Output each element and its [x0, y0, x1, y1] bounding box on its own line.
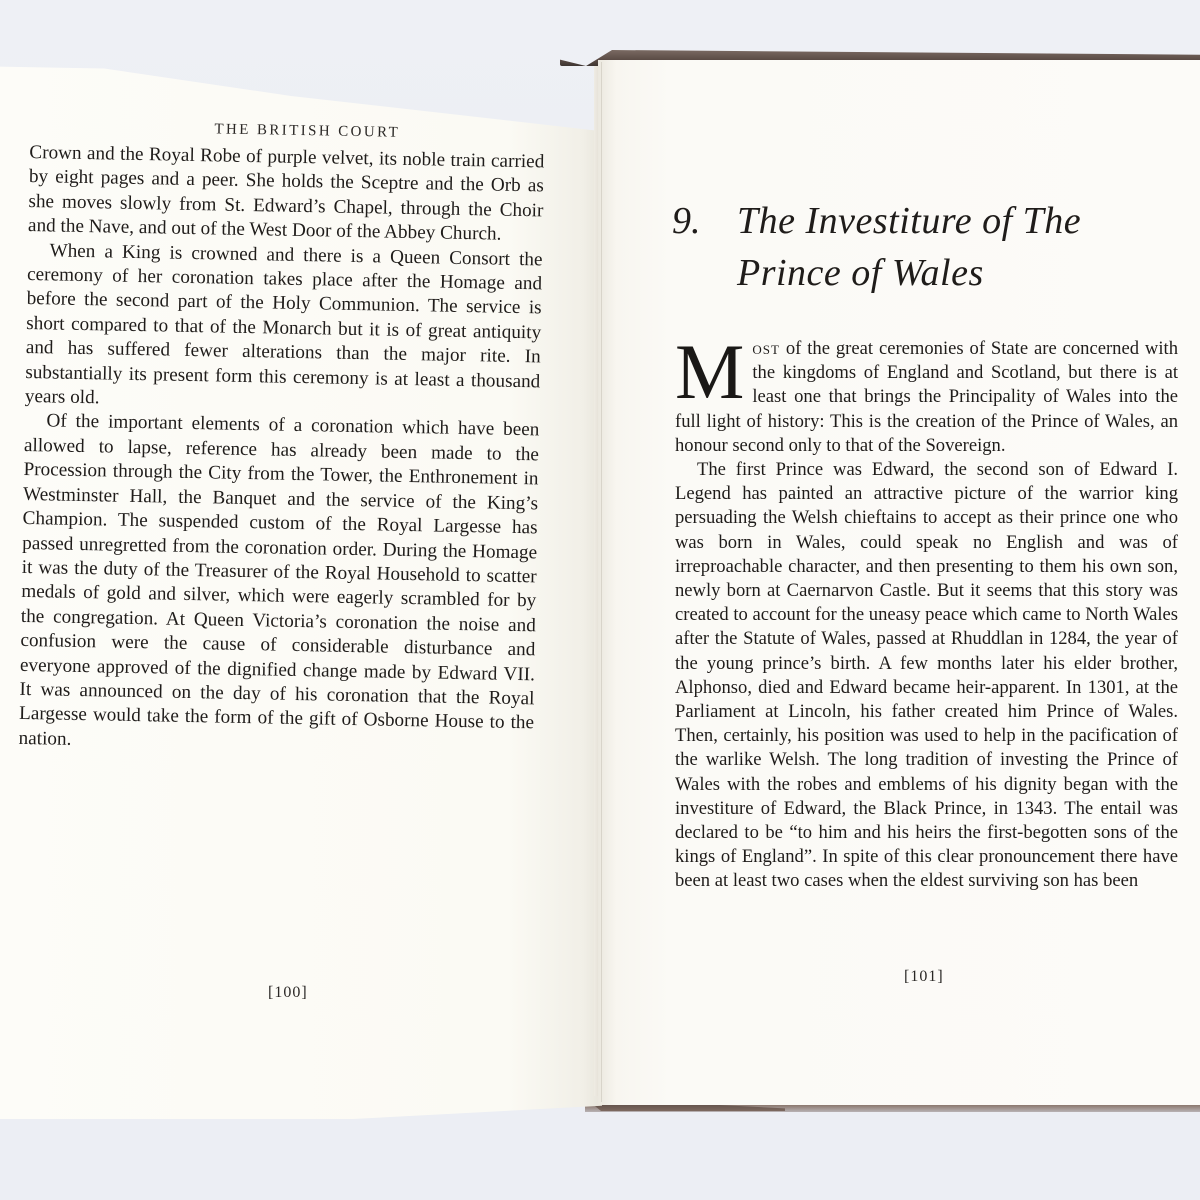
paragraph: Of the important elements of a coronatio… — [18, 409, 539, 760]
page-number-left: [100] — [268, 984, 308, 1002]
paragraph: When a King is crowned and there is a Qu… — [25, 239, 543, 419]
chapter-number: 9. — [672, 195, 701, 247]
chapter-title-line-1: The Investiture of The — [737, 195, 1177, 247]
chapter-title-line-2: Prince of Wales — [737, 247, 1177, 299]
opening-paragraph: Most of the great ceremonies of State ar… — [675, 337, 1178, 458]
paragraph: The first Prince was Edward, the second … — [675, 458, 1178, 894]
drop-cap: M — [675, 343, 744, 405]
paragraph: Crown and the Royal Robe of purple velve… — [28, 141, 545, 248]
opening-paragraph-text: of the great ceremonies of State are con… — [675, 338, 1178, 456]
right-page-text-block: Most of the great ceremonies of State ar… — [675, 337, 1178, 894]
opening-smallcaps: ost — [752, 338, 780, 359]
page-number-right: [101] — [904, 968, 944, 986]
book-gutter — [601, 62, 602, 1102]
left-page-text-block: THE BRITISH COURT Crown and the Royal Ro… — [18, 118, 545, 760]
chapter-title: The Investiture of The Prince of Wales — [737, 195, 1177, 299]
